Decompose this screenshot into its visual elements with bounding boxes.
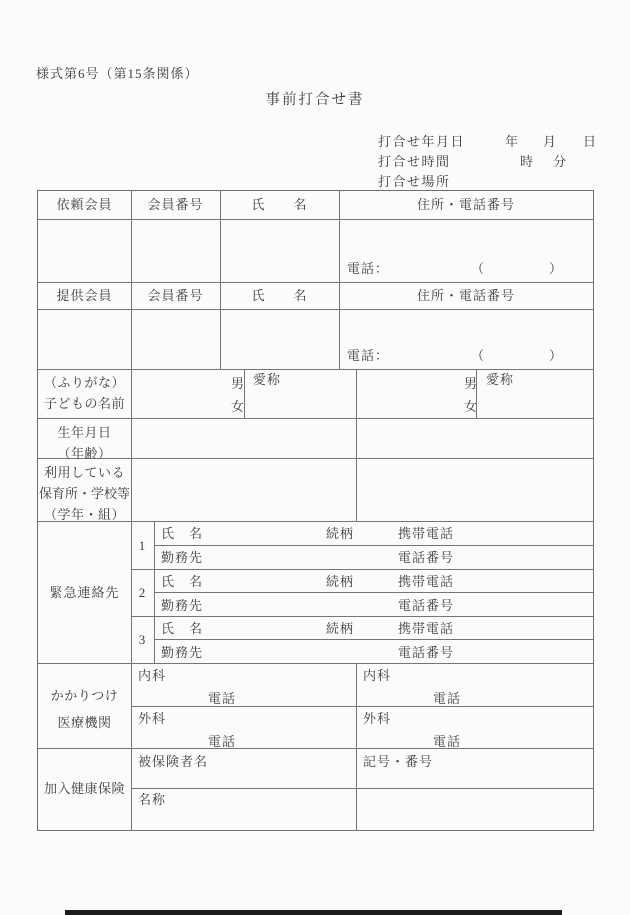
- grid-line-mid-upper: [356, 369, 357, 521]
- family-doctor-label-line1: かかりつけ: [38, 682, 131, 709]
- medical-surgery-left-phone-label: 電話: [208, 734, 236, 749]
- contact3-workplace-label: 勤務先: [161, 645, 203, 660]
- grid-line-row4: [38, 369, 593, 370]
- child2-gender: 男 女: [464, 372, 478, 418]
- contact1-workplace-label: 勤務先: [161, 550, 203, 565]
- grid-line-insurance-inner: [131, 788, 593, 789]
- family-doctor-label-line2: 医療機関: [38, 709, 131, 736]
- grid-line-contact2-inner: [154, 592, 593, 593]
- school-label-line3: （学年・組）: [38, 504, 131, 525]
- contact2-phone-label: 電話番号: [398, 598, 454, 613]
- meeting-year-unit: 年: [505, 131, 518, 150]
- child-name-label: （ふりがな） 子どもの名前: [38, 372, 131, 414]
- medical-surgery-right-phone-label: 電話: [433, 734, 461, 749]
- child2-gender-male: 男: [464, 372, 478, 395]
- child1-gender: 男 女: [231, 372, 245, 418]
- bottom-edge-bar: [65, 910, 562, 915]
- requesting-member-no-header: 会員番号: [131, 197, 220, 212]
- child1-gender-male: 男: [231, 372, 245, 395]
- child-name-label-text: 子どもの名前: [38, 393, 131, 414]
- grid-line-contact2-3: [131, 616, 593, 617]
- medical-internal-right-label: 内科: [363, 668, 391, 683]
- child2-gender-female: 女: [464, 395, 478, 418]
- grid-line-label-column: [131, 191, 132, 830]
- contact3-relation-label: 続柄: [326, 621, 354, 636]
- child-furigana-label: （ふりがな）: [38, 372, 131, 393]
- medical-internal-left-phone-label: 電話: [208, 691, 236, 706]
- emergency-contact1-number: 1: [131, 538, 154, 553]
- medical-surgery-left-label: 外科: [138, 711, 166, 726]
- child2-nickname-label: 愛称: [486, 372, 514, 387]
- grid-line-insurance-top: [38, 748, 593, 749]
- insured-name-label: 被保険者名: [138, 754, 208, 769]
- meeting-time-label: 打合せ時間: [378, 151, 451, 170]
- meeting-day-unit: 日: [583, 131, 596, 150]
- requesting-address-header: 住所・電話番号: [339, 197, 593, 212]
- family-doctor-label: かかりつけ 医療機関: [38, 682, 131, 736]
- child1-nickname-label: 愛称: [253, 372, 281, 387]
- grid-line-row3: [38, 309, 593, 310]
- providing-address-header: 住所・電話番号: [339, 288, 593, 303]
- meeting-minute-unit: 分: [553, 151, 566, 170]
- page-title: 事前打合せ書: [0, 88, 630, 109]
- insurance-number-label: 記号・番号: [363, 754, 433, 769]
- contact2-mobile-label: 携帯電話: [398, 574, 454, 589]
- school-label-line2: 保育所・学校等: [38, 483, 131, 504]
- child1-gender-female: 女: [231, 395, 245, 418]
- contact3-phone-label: 電話番号: [398, 645, 454, 660]
- contact1-phone-label: 電話番号: [398, 550, 454, 565]
- emergency-contact2-number: 2: [131, 585, 154, 600]
- form-number: 様式第6号（第15条関係）: [36, 66, 199, 81]
- providing-member-no-header: 会員番号: [131, 288, 220, 303]
- contact3-mobile-label: 携帯電話: [398, 621, 454, 636]
- grid-line-mid-lower: [356, 663, 357, 830]
- emergency-contact3-number: 3: [131, 632, 154, 647]
- insurance-org-name-label: 名称: [138, 792, 166, 807]
- grid-line-contact1-2: [131, 569, 593, 570]
- providing-phone-paren-open: （: [471, 348, 485, 363]
- contact3-name-label: 氏 名: [161, 621, 203, 636]
- school-label-line1: 利用している: [38, 462, 131, 483]
- requesting-name-header: 氏 名: [220, 197, 339, 212]
- birthdate-label: 生年月日 （年齢）: [38, 422, 131, 464]
- contact2-name-label: 氏 名: [161, 574, 203, 589]
- grid-line-medical-top: [38, 663, 593, 664]
- meeting-month-unit: 月: [543, 131, 556, 150]
- contact1-mobile-label: 携帯電話: [398, 526, 454, 541]
- providing-name-header: 氏 名: [220, 288, 339, 303]
- requesting-phone-label: 電話：: [347, 261, 389, 276]
- contact2-relation-label: 続柄: [326, 574, 354, 589]
- requesting-phone-paren-open: （: [471, 261, 485, 276]
- birthdate-label-line2: （年齢）: [38, 443, 131, 464]
- birthdate-label-line1: 生年月日: [38, 422, 131, 443]
- grid-line-row5: [38, 418, 593, 419]
- medical-internal-right-phone-label: 電話: [433, 691, 461, 706]
- meeting-hour-unit: 時: [520, 151, 533, 170]
- providing-phone-paren-close: ）: [549, 348, 563, 363]
- grid-line-row2: [38, 282, 593, 283]
- meeting-place-label: 打合せ場所: [378, 171, 451, 190]
- meeting-date-label: 打合せ年月日: [378, 131, 465, 150]
- grid-line-memberno-column: [220, 191, 221, 369]
- contact2-workplace-label: 勤務先: [161, 598, 203, 613]
- grid-line-contact1-inner: [154, 545, 593, 546]
- requesting-member-label: 依頼会員: [38, 197, 131, 212]
- providing-member-label: 提供会員: [38, 288, 131, 303]
- medical-surgery-right-label: 外科: [363, 711, 391, 726]
- requesting-phone-paren-close: ）: [549, 261, 563, 276]
- grid-line-contact3-inner: [154, 639, 593, 640]
- health-insurance-label: 加入健康保険: [38, 781, 131, 796]
- contact1-name-label: 氏 名: [161, 526, 203, 541]
- contact1-relation-label: 続柄: [326, 526, 354, 541]
- school-label: 利用している 保育所・学校等 （学年・組）: [38, 462, 131, 525]
- grid-line-medical-inner: [131, 706, 593, 707]
- grid-line-name-column: [339, 191, 340, 369]
- emergency-contact-label: 緊急連絡先: [38, 585, 131, 600]
- preliminary-meeting-form-table: 依頼会員 会員番号 氏 名 住所・電話番号 電話： （ ） 提供会員 会員番号 …: [37, 190, 594, 831]
- medical-internal-left-label: 内科: [138, 668, 166, 683]
- grid-line-row1: [38, 219, 593, 220]
- providing-phone-label: 電話：: [347, 348, 389, 363]
